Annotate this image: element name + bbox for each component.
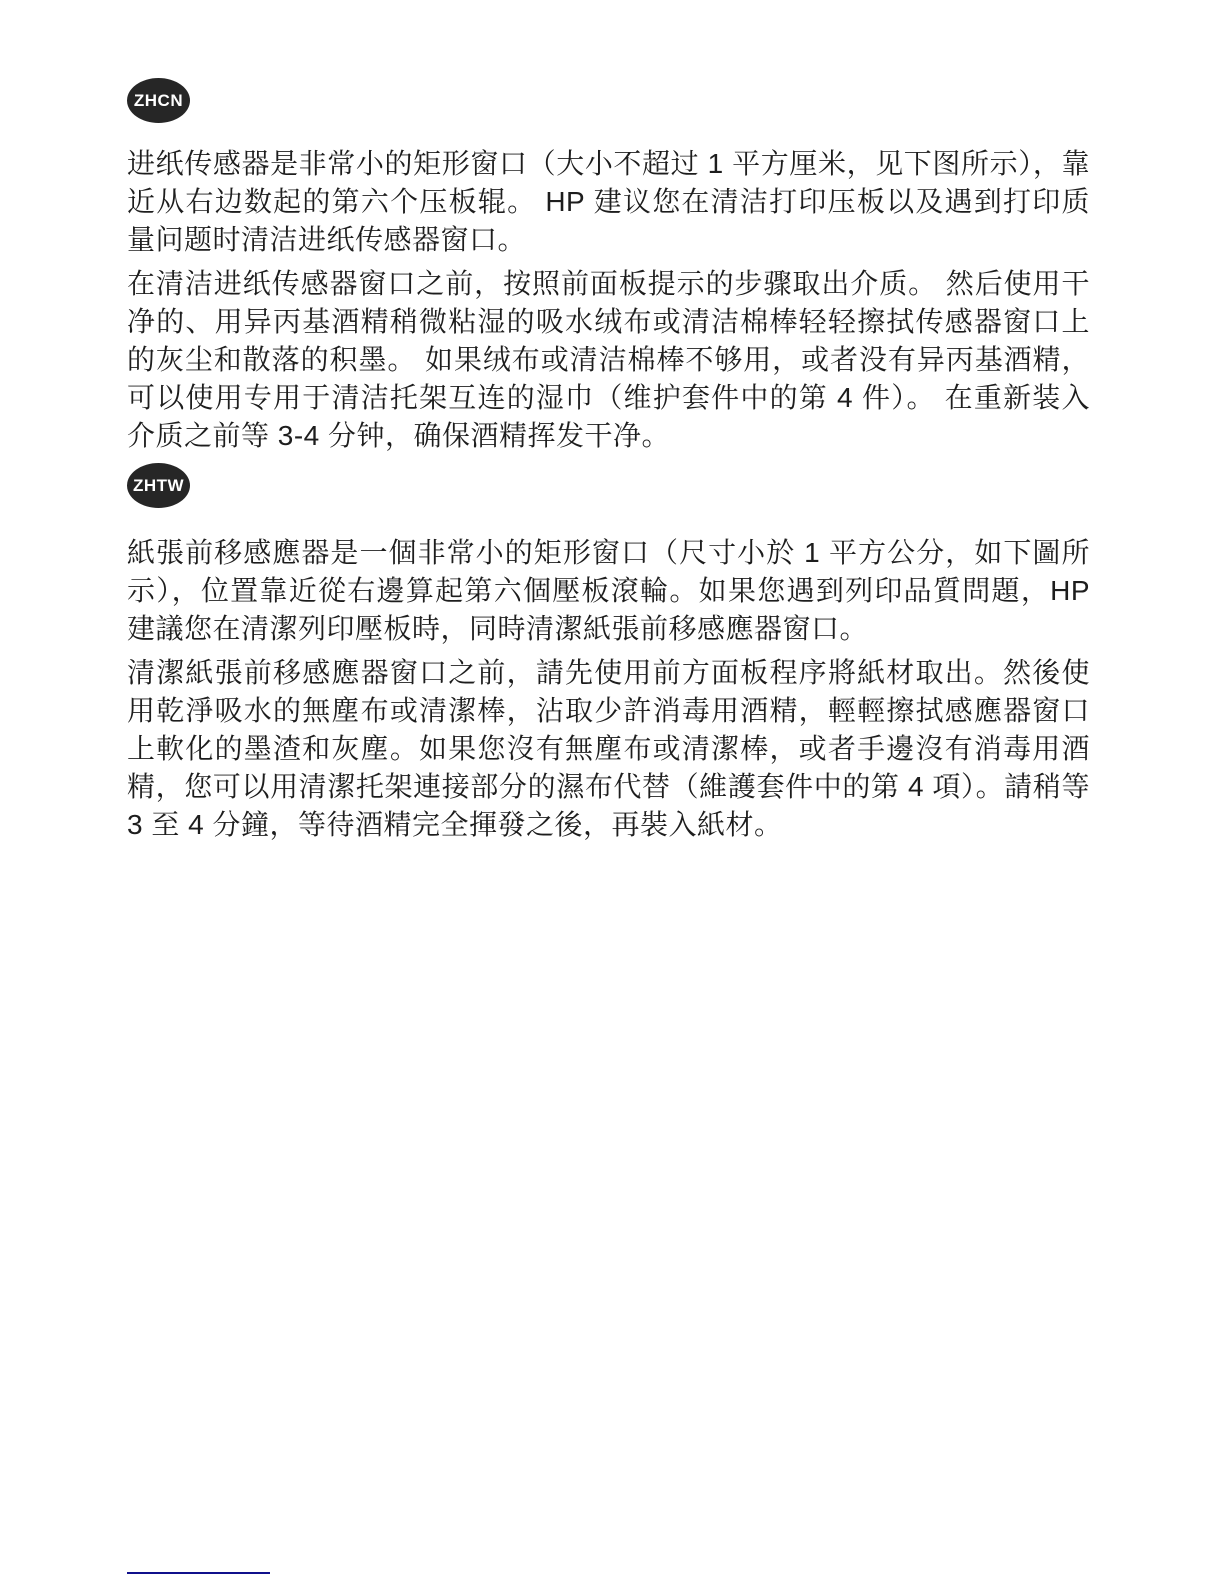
document-page: ZHCN 进纸传感器是非常小的矩形窗口（大小不超过 1 平方厘米，见下图所示），… <box>127 78 1090 844</box>
zhtw-paragraph-cleaning-instructions: 清潔紙張前移感應器窗口之前，請先使用前方面板程序將紙材取出。然後使用乾淨吸水的無… <box>127 654 1090 844</box>
zhcn-paragraph-sensor-description: 进纸传感器是非常小的矩形窗口（大小不超过 1 平方厘米，见下图所示），靠近从右边… <box>127 145 1090 259</box>
zhcn-badge-label: ZHCN <box>134 91 183 111</box>
footer-rule <box>127 1572 270 1574</box>
zhtw-paragraph-sensor-description: 紙張前移感應器是一個非常小的矩形窗口（尺寸小於 1 平方公分，如下圖所示），位置… <box>127 534 1090 648</box>
zhcn-paragraph-cleaning-instructions: 在清洁进纸传感器窗口之前，按照前面板提示的步骤取出介质。 然后使用干净的、用异丙… <box>127 265 1090 455</box>
zhtw-language-badge: ZHTW <box>127 463 190 508</box>
zhcn-language-badge: ZHCN <box>127 78 190 123</box>
zhtw-badge-label: ZHTW <box>133 476 184 496</box>
